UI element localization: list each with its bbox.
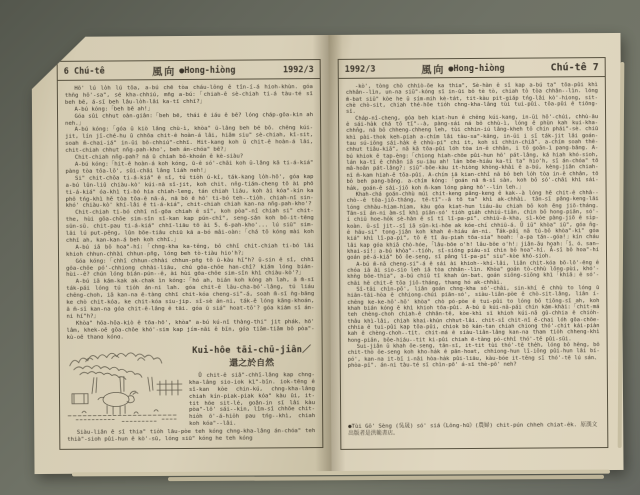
nature-section: Kui-hôe tāi-chū-jiân／還之於自然 Ū chit-ê siâ"… — [60, 337, 323, 449]
journal-title-cjk: 風向 — [152, 63, 176, 78]
right-page: 1992/3 風向 ●Hong-hiòng Chú-tê 7 -kò', tòn… — [328, 33, 623, 472]
paragraph: Sî-tāi chìn-pō', liân goán chng-kha só'-… — [347, 285, 599, 344]
paragraph: A-bú kóng:「góa ū kiò lâng chù-ì, khòa" ū… — [65, 126, 313, 155]
journal-title-right: 風向 ●Hong-hiòng — [421, 61, 504, 77]
right-page-header: 1992/3 風向 ●Hong-hiòng Chú-tê 7 — [339, 58, 605, 79]
open-book: 6 Chú-tê 風向 ●Hong-hiòng 1992/3 Hō' lú lo… — [31, 33, 623, 474]
section-heading: Kui-hôe tāi-chū-jiân／還之於自然 — [189, 342, 315, 369]
right-page-number-label: Chú-tê 7 — [550, 62, 598, 73]
paragraph: A-bú m̄-nā cheng-si"-á ê sái ài khioh--k… — [347, 260, 599, 287]
paragraph: Khòa" hōa-hōa-kiò ê tōa-hō', khòa" a-bú … — [66, 319, 314, 339]
journal-title-poj: ●Hong-hiòng — [448, 63, 504, 73]
paragraph: Góa kóng:「chhī chhun-chhài chhun-pn̄g tō… — [66, 257, 314, 279]
left-page-header: 6 Chú-tê 風向 ●Hong-hiòng 1992/3 — [58, 60, 320, 81]
paragraph: Chit-chiah ti-bó chhī nî-gōa chiah ê sî"… — [66, 208, 314, 244]
paragraph: Hō' lú lo̍h lú tōa, a-bú chē tòa cháu-lô… — [65, 84, 313, 106]
issue-label-right: 1992/3 — [345, 64, 376, 74]
section-column-text: Ū chit-ê siâ"-chhī-lâng kap chng-kha-lân… — [189, 372, 315, 428]
issue-label-left: 1992/3 — [283, 65, 314, 75]
paragraph: Cháp-nî-cheng, góa beh kiat-hun ê chêng … — [346, 114, 599, 192]
right-page-text: -kò', tòng chò chhiò-ōe ka thia", Sè-hàn… — [339, 77, 607, 413]
left-page-frame: 6 Chú-tê 風向 ●Hong-hiòng 1992/3 Hō' lú lo… — [57, 59, 324, 450]
nature-section-column: Kui-hôe tāi-chū-jiân／還之於自然 Ū chit-ê siâ"… — [189, 338, 316, 428]
right-page-frame: 1992/3 風向 ●Hong-hiòng Chú-tê 7 -kò', tòn… — [338, 57, 609, 450]
section-continuation-text: Siàu-liân ê sî thia" tio̍h lāu-pòe teh k… — [67, 428, 315, 444]
paragraph: -kò', tòng chò chhiò-ōe ka thia", Sè-hàn… — [346, 82, 598, 115]
photo-backdrop: 6 Chú-tê 風向 ●Hong-hiòng 1992/3 Hō' lú lo… — [0, 0, 640, 495]
left-page-text: Hō' lú lo̍h lú tōa, a-bú chē tòa cháu-lô… — [58, 79, 322, 339]
paragraph: A-bú iā kám-kak ak-chak ìn kóng:「hó ah, … — [66, 277, 314, 320]
rural-sketch-illustration — [64, 339, 185, 428]
paragraph: Sui-jiân ū khah ōe-seng, tān-sī, it-tit … — [348, 342, 600, 369]
book-page-edge — [168, 475, 604, 481]
journal-title-poj: ●Hong-hiòng — [179, 65, 235, 75]
translation-footnote: ●Tùi Gô' Sèng (吳晟) só' siá《Lông-hū》(農婦) … — [341, 417, 607, 444]
paragraph: Khah-chá goán-chhù múi chit-keng pâng-ke… — [347, 190, 599, 262]
journal-title-cjk: 風向 — [421, 61, 445, 76]
left-page-number-label: 6 Chú-tê — [64, 66, 105, 76]
left-page: 6 Chú-tê 風向 ●Hong-hiòng 1992/3 Hō' lú lo… — [31, 35, 331, 474]
paragraph: Si" chit-chōa ti-á-kiá" ê sî, tú tio̍h ú… — [65, 174, 313, 210]
journal-title-left: 風向 ●Hong-hiòng — [152, 63, 235, 79]
